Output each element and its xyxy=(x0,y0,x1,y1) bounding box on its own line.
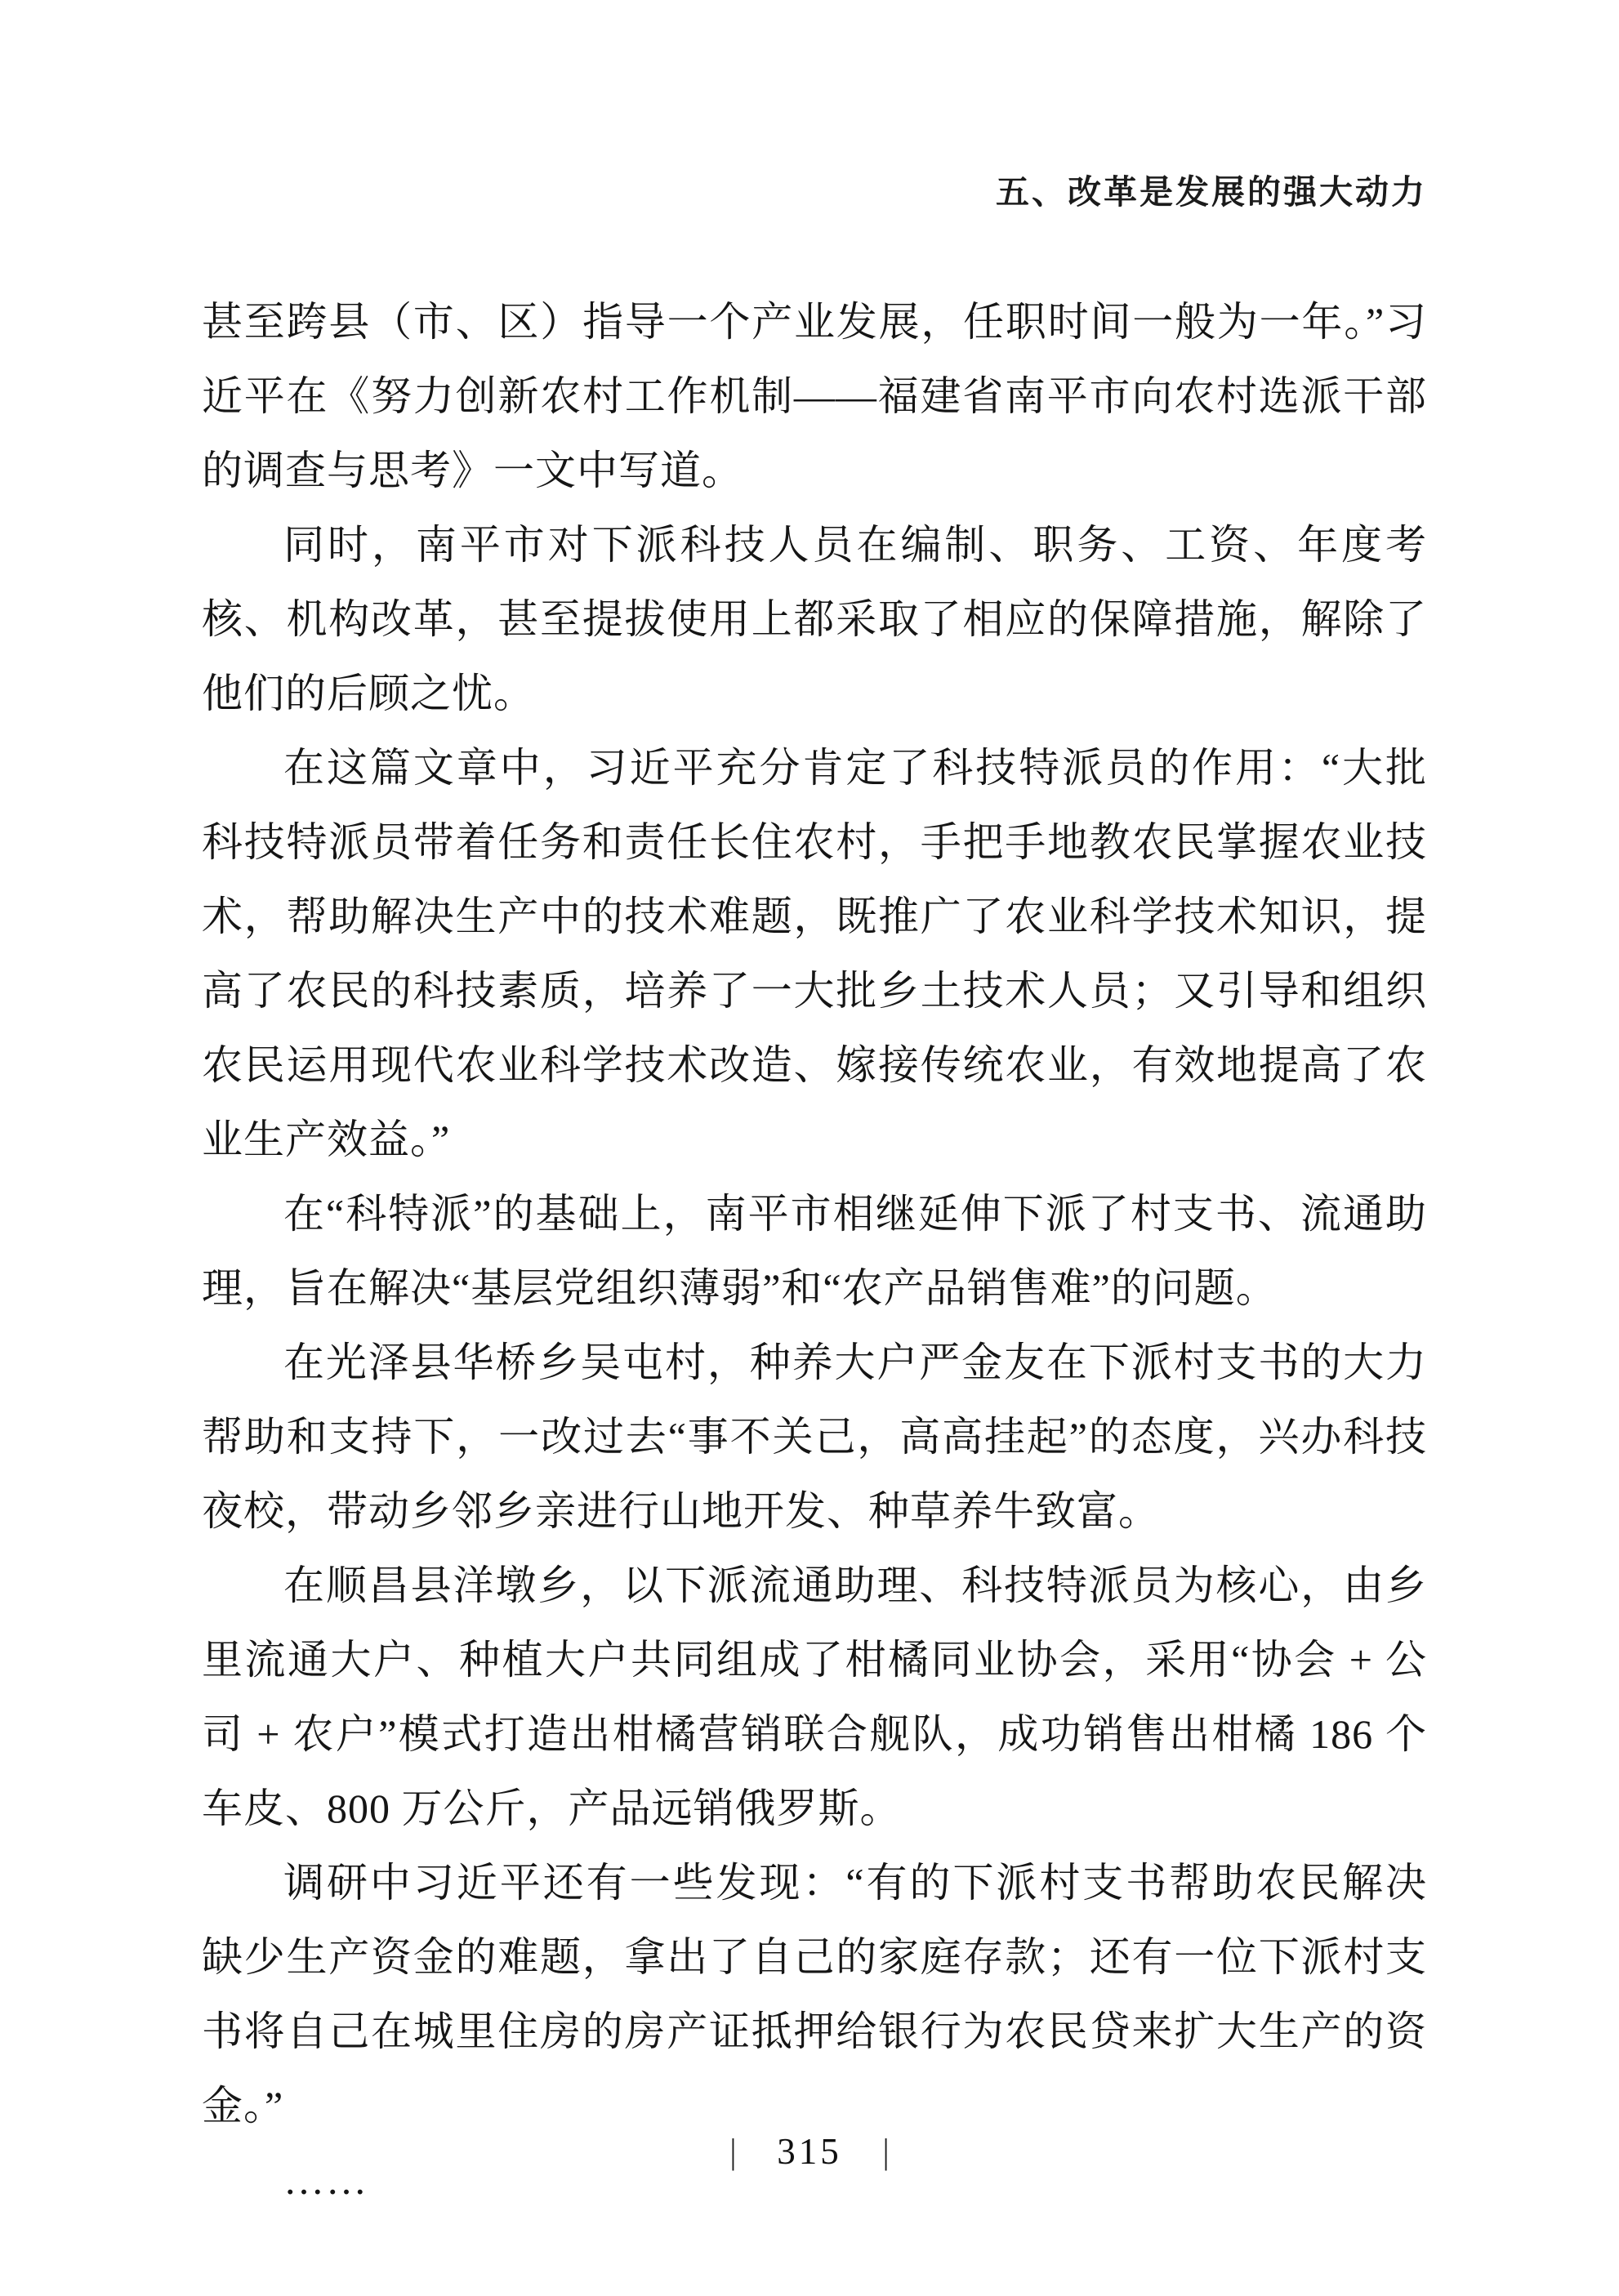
paragraph-continuation: 甚至跨县（市、区）指导一个产业发展，任职时间一般为一年。”习近平在《努力创新农村… xyxy=(202,285,1427,508)
paragraph: 在顺昌县洋墩乡，以下派流通助理、科技特派员为核心，由乡里流通大户、种植大户共同组… xyxy=(202,1549,1427,1846)
page-footer: | 315 | xyxy=(0,2130,1619,2173)
body-text-block: 甚至跨县（市、区）指导一个产业发展，任职时间一般为一年。”习近平在《努力创新农村… xyxy=(202,285,1427,2218)
paragraph: 调研中习近平还有一些发现：“有的下派村支书帮助农民解决缺少生产资金的难题，拿出了… xyxy=(202,1846,1427,2143)
running-header: 五、改革是发展的强大动力 xyxy=(202,165,1427,213)
footer-divider-left: | xyxy=(730,2131,737,2173)
chapter-title: 五、改革是发展的强大动力 xyxy=(996,173,1427,211)
paragraph: 在光泽县华桥乡吴屯村，种养大户严金友在下派村支书的大力帮助和支持下，一改过去“事… xyxy=(202,1326,1427,1549)
book-page: 五、改革是发展的强大动力 甚至跨县（市、区）指导一个产业发展，任职时间一般为一年… xyxy=(0,0,1619,2296)
paragraph: 同时，南平市对下派科技人员在编制、职务、工资、年度考核、机构改革，甚至提拔使用上… xyxy=(202,508,1427,731)
page-number: 315 xyxy=(777,2130,842,2173)
paragraph: 在“科特派”的基础上，南平市相继延伸下派了村支书、流通助理，旨在解决“基层党组织… xyxy=(202,1177,1427,1326)
paragraph: 在这篇文章中，习近平充分肯定了科技特派员的作用：“大批科技特派员带着任务和责任长… xyxy=(202,731,1427,1177)
footer-divider-right: | xyxy=(883,2131,890,2173)
